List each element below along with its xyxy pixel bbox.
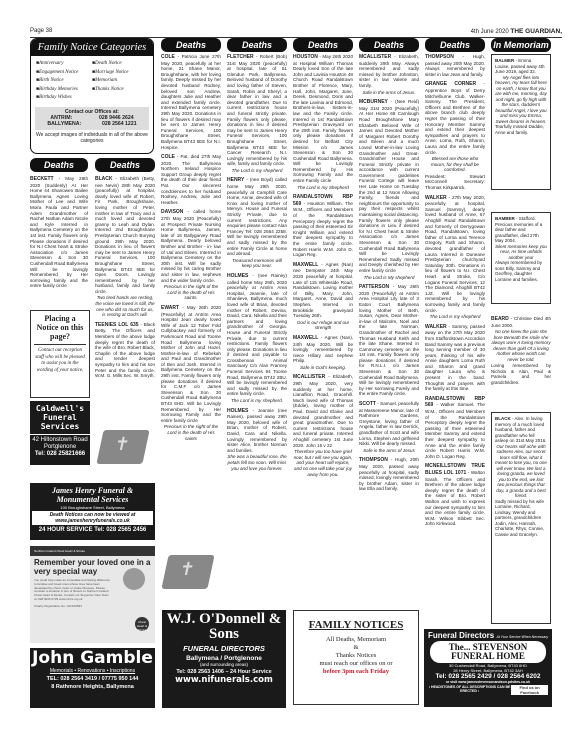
accept-images-note: We accept images of individuals in all o…	[31, 132, 153, 144]
stev-name-2: FUNERAL HOME	[432, 652, 544, 661]
jh-tel: 24 HOUR SERVICE Tel: 028 2565 2456	[30, 527, 155, 533]
death-notice: RANDALSTOWN RBP 569 - Walker Samuel. The…	[425, 396, 485, 460]
category-item: Birthday Wishes	[36, 94, 92, 103]
caldwell-tel: Tel: 028 25821666	[30, 451, 90, 457]
death-notice: MAXWELL - Agnes (Nan), 24th May 2020. Wi…	[293, 335, 353, 371]
notice-name: HOUSTON	[293, 54, 318, 60]
category-item: Engagement Notice	[36, 69, 92, 78]
category-item: Birth Notice	[36, 77, 92, 86]
gamble-address: 8 Rathmore Heights, Ballymena	[30, 683, 155, 691]
notice-name: WALKER	[425, 195, 447, 201]
column-deaths-5: HOUSTON - May 26th 2020 at Hospital Will…	[293, 54, 353, 606]
deaths-banner: Deaths	[359, 38, 419, 52]
jh-address: 100 Broughshane Street, Ballymena	[30, 505, 155, 510]
notice-name: BLACK	[495, 416, 511, 421]
notice-name: MCALLISTER	[293, 374, 325, 380]
notice-text: - Samuel, peacefully at Massereene Manor…	[359, 401, 419, 446]
deaths-banner: Deaths	[95, 158, 155, 172]
notice-name: BECKETT	[30, 176, 54, 182]
caldwell-address: 42 Hiltonstown Road Portglenone	[30, 434, 90, 451]
death-notice: BECKETT - May 28th 2020 (Suddenly) At He…	[30, 176, 88, 289]
gamble-services: Memorials • Renovations • Inscriptions	[30, 668, 155, 675]
category-item: Birthday Memories	[36, 86, 92, 95]
memoriam-notice: BEARD - Christine Died 4th June 2000. No…	[491, 316, 551, 408]
notice-name: COLE	[161, 54, 175, 60]
jh-name: James Henry Funeral & Monumental Service…	[30, 483, 155, 504]
death-notice: RANDALSTOWN RBP 569 - Houston William. T…	[293, 194, 353, 258]
death-notice: DAVISON - called home 27th May 2020 (Pea…	[161, 209, 221, 301]
contact-offices: Contact our Offices at: ANTRIM:028 9446 …	[35, 107, 149, 130]
notice-verse: My Angel flies into heaven, my tears fal…	[495, 75, 547, 125]
notice-text: - May 28th 2020 (Suddenly) At Her Home 4…	[30, 176, 88, 288]
notice-verse: Silent memories keep you near, As time u…	[495, 244, 547, 261]
placing-title: Placing a Notice on this page?	[34, 314, 86, 345]
notice-name: EWART	[161, 305, 179, 311]
notice-verse: Safe in the arms of Jesus	[359, 448, 419, 454]
stev-header: Funeral Directors At Your Service When N…	[424, 631, 552, 640]
family-notices-box: FAMILY NOTICES All Deaths, Memoriam & Th…	[293, 610, 419, 705]
notice-verse: No one knew the pain she bore Beneath th…	[491, 329, 551, 362]
deaths-banner: Deaths	[293, 38, 353, 52]
notice-name: COLE	[161, 154, 175, 160]
family-notices-body: All Deaths, Memoriam & Thanks Notices mu…	[294, 636, 418, 676]
office-name: BALLYMENA:	[47, 121, 81, 128]
notice-verse: Safe in God's keeping.	[293, 365, 353, 371]
odonnell-name: W.J. O'Donnell & Sons	[162, 610, 286, 642]
stev-footer: • HEADSTONES OF ALL DESCRIPTIONS CAN BE …	[424, 685, 552, 695]
notice-verse: Precious in the sight of the Lord is the…	[161, 424, 221, 441]
notice-verse: Treasured memories will keep you near.	[227, 258, 287, 269]
death-notice: MCBURNEY - (Nee Reid) May 31st 2020 (Pea…	[359, 99, 419, 280]
notice-text: - May 26th 2020 at Hospital William Thom…	[293, 54, 353, 183]
notice-name: MAXWELL	[293, 262, 318, 268]
notice-verse: The Lord is my shepherd	[425, 314, 485, 320]
notice-verse: Our hearts still ache with sadness Alex,…	[495, 444, 547, 499]
death-notice: SCOTT - Samuel, peacefully at Massereene…	[359, 401, 419, 453]
category-item: Thanks Notice	[92, 86, 148, 95]
notice-name: HENRY	[227, 177, 244, 183]
death-notice: HOUSTON - May 26th 2020 at Hospital Will…	[293, 54, 353, 190]
death-notice: WALKER - 27th May 2020, peacefully at ho…	[425, 195, 485, 320]
notice-text: - Walton Sarah. The Officers and Brethre…	[425, 470, 485, 526]
notice-name: BALMER	[495, 58, 514, 63]
notice-text: - Patricia June 27th May 2020, peacefull…	[161, 54, 221, 150]
notice-name: THOMPSON	[359, 457, 388, 463]
death-notice: COLE - Pat, died 27th May 2020. The Ball…	[161, 154, 221, 205]
notice-name: WALKER	[425, 324, 447, 330]
date-text: 4th June 2020	[471, 29, 509, 35]
issue-date: 4th June 2020 THE GUARDIAN,	[471, 28, 562, 35]
notice-text: - Agnes (Nan) nee Dempster 24th May 2020…	[293, 262, 353, 318]
notice-name: GRANGE CORNER	[425, 81, 476, 87]
notice-name: MCALLISTER	[359, 54, 391, 60]
stevenson-ad: Funeral Directors At Your Service When N…	[424, 629, 552, 707]
nichs-charity: Charity Registration No. NIC103593	[30, 605, 115, 609]
notice-name: HOLMES	[227, 408, 248, 414]
notice-text: - (Nee Reid) May 31st 2020 (Peacefully) …	[359, 99, 419, 273]
column-deaths-3: COLE - Patricia June 27th May 2020, peac…	[161, 54, 221, 454]
notice-signoff: Tearfully missed Daddie, Anne and family…	[495, 124, 544, 135]
memoriam-notice: BALMER - Emma Louise, passed away 4th Ju…	[491, 54, 551, 190]
death-notice: EWART - May 26th 2020 (Peacefully) at An…	[161, 305, 221, 441]
death-notice: THOMPSON - Hugh, passed away 20th May 20…	[425, 54, 485, 77]
death-notice: FLETCHER - Robert (Bob) 31st May 2020 (p…	[227, 54, 287, 173]
death-notice: MCALLISTER - Elizabeth, 29th May 2020, v…	[293, 374, 353, 477]
stev-name: The... STEVENSONFUNERAL HOME	[430, 641, 546, 663]
notice-signoff: Sadly missed by his wife Lorraine, Richa…	[495, 499, 544, 537]
nichs-body: You could help make an immediate and las…	[30, 579, 115, 602]
jh-website[interactable]: Death Notices can now be viewed at www.j…	[32, 511, 153, 525]
notice-verse: Precious in the sight of the Lord is the…	[161, 284, 221, 301]
notice-name: TEENIES LOL 635	[95, 322, 139, 328]
notice-text: - Walker Samuel. The W.M., Officers and …	[425, 402, 485, 458]
in-memoriam-banner: In Memoriam	[491, 38, 551, 52]
page-header: Page 38 4th June 2020 THE GUARDIAN,	[30, 28, 562, 38]
notice-text: - Apprentice Boys of Derry Mitchelburne …	[425, 81, 485, 154]
stev-header-text: Funeral Directors	[428, 631, 494, 640]
james-henry-ad: James Henry Funeral & Monumental Service…	[30, 483, 155, 540]
odonnell-website[interactable]: www.nifunerals.com	[162, 675, 286, 685]
death-notice: MAXWELL - Agnes (Nan) nee Dempster 24th …	[293, 262, 353, 331]
deaths-banner: Deaths	[425, 38, 485, 52]
notice-name: MCBURNEY	[359, 99, 388, 105]
notice-signoff: Always remembered by sons Billy, Sammy a…	[495, 260, 542, 282]
notice-name: FLETCHER	[227, 54, 254, 60]
notice-signatories: President: Stewart McConnell Secretary: …	[425, 174, 485, 190]
stev-headstones: • HEADSTONES OF ALL DESCRIPTIONS CAN BE …	[428, 685, 511, 695]
odonnell-area: (and surrounding areas)	[162, 662, 286, 667]
deaths-banner: Deaths	[30, 158, 88, 172]
notice-name: BEARD	[491, 316, 509, 322]
notice-verse: The Lord is my shepherd	[227, 168, 287, 174]
death-notice: PATTERSON - May 26th 2020 (Peacefully) a…	[359, 284, 419, 397]
notice-text: - Elizabeth (Betty, nee Nevin) 28th May …	[95, 176, 155, 294]
categories-list: Anniversary Death Notice Engagement Noti…	[31, 56, 153, 105]
notice-name: THOMPSON	[425, 54, 454, 60]
notice-verse: The Lord is my shepherd.	[227, 398, 287, 404]
notice-text: - Black Betty. The Officers and Members …	[95, 322, 155, 378]
categories-title: Family Notice Categories	[31, 39, 153, 56]
bible-icon	[161, 555, 214, 589]
office-phone: 028 2564 1221	[102, 121, 137, 128]
notice-name: BLACK	[95, 176, 113, 182]
category-item: Marriage Notice	[92, 69, 148, 78]
stev-tel: Tel: 028 2565 2429 / 028 2564 6202	[424, 673, 552, 680]
stev-tagline: At Your Service When Necessary	[496, 635, 548, 639]
notice-verse: Therefore you too have grief now; but I …	[293, 449, 353, 477]
notice-text: - (nee Rainey) called home May 29th, 202…	[227, 273, 287, 396]
heart-image-icon	[123, 568, 145, 590]
notice-text: - 27th May 2020, peacefully at hospital,…	[425, 195, 485, 313]
notice-name: PATTERSON	[359, 284, 389, 290]
fn-line: &	[294, 644, 418, 652]
notice-text: - Jeannie (nee Raines), passed away 29th…	[227, 408, 287, 453]
column-deaths-1: BECKETT - May 28th 2020 (Suddenly) At He…	[30, 176, 88, 306]
notice-verse: She was a beautiful rose, the petals fel…	[227, 454, 287, 471]
notice-verse: Two tired hands are resting, the voice w…	[95, 295, 155, 317]
odonnell-locations: Ballymena / Portglenone	[162, 655, 286, 662]
category-item: Death Notice	[92, 60, 148, 69]
deaths-banner: Deaths	[161, 38, 221, 52]
placing-text: Contact our reception staff who will be …	[34, 348, 86, 374]
notice-signoff: Loving remembered by Nichola & Alan, Pau…	[491, 363, 551, 385]
fn-line: must reach our offices on or	[294, 660, 418, 668]
death-notice: WALKER - Sammy, passed away on the 27th …	[425, 324, 485, 392]
nichs-top: Northern Ireland Chest Heart & Stroke	[30, 546, 155, 556]
death-notice: HENRY - (nee Boyd) called home May 29th …	[227, 177, 287, 269]
death-notice: HOLMES - Jeannie (nee Raines), passed aw…	[227, 408, 287, 472]
paper-name: THE GUARDIAN,	[510, 28, 562, 35]
notice-name: BAMBER	[495, 216, 515, 221]
fn-deadline: before 3pm each Friday	[294, 668, 418, 676]
gamble-name: John Gamble	[30, 648, 155, 668]
family-notices-title: FAMILY NOTICES	[294, 619, 418, 631]
nichs-logo: Chest Heart & Stroke	[135, 617, 149, 631]
notice-name: DAVISON	[161, 209, 183, 215]
caldwell-ad: Caldwell's Funeral Services 42 Hiltonsto…	[30, 401, 90, 465]
death-notice: MCNEILLSTOWN TRUE BLUES LOL 1071 - Walto…	[425, 463, 485, 527]
nichs-ad: Northern Ireland Chest Heart & Stroke Re…	[30, 546, 155, 643]
office-row: BALLYMENA:028 2564 1221	[37, 121, 147, 128]
death-notice: GRANGE CORNER - Apprentice Boys of Derry…	[425, 81, 485, 190]
notice-verse: God is our refuge and our strength	[293, 320, 353, 331]
notice-text: - May 26th 2020 (Peacefully) at Antrim A…	[359, 284, 419, 396]
notice-verse: The Lord is My shepherd	[359, 275, 419, 281]
notice-text: - May 26th 2020 (Peacefully) at Antrim A…	[161, 305, 221, 423]
column-deaths-2: BLACK - Elizabeth (Betty, nee Nevin) 28t…	[95, 176, 155, 416]
notice-text: - (nee Boyd) called home May 29th 2020, …	[227, 177, 287, 256]
column-deaths-4: FLETCHER - Robert (Bob) 31st May 2020 (p…	[227, 54, 287, 606]
notice-name: HOLMES	[227, 273, 248, 279]
john-gamble-ad: John Gamble Memorials • Renovations • In…	[30, 648, 155, 708]
notice-text: - Sammy, passed away on the 27th May 202…	[425, 324, 485, 392]
placing-notice-box: Placing a Notice on this page? Contact o…	[30, 310, 90, 398]
column-deaths-7: THOMPSON - Hugh, passed away 20th May 20…	[425, 54, 485, 624]
notice-text: - Elizabeth, 29th May 2020, very suddenl…	[293, 374, 353, 447]
stev-website[interactable]: or visit www.jamesstevensonandson.pdsite…	[424, 680, 552, 684]
column-deaths-6: MCALLISTER - Elizabeth, suddenly 29th Ma…	[359, 54, 419, 606]
notice-text: - Pat, died 27th May 2020. The Ballymena…	[161, 154, 221, 205]
family-notice-categories: Family Notice Categories Anniversary Dea…	[30, 38, 154, 154]
memoriam-notice: BAMBER - Stafford. Precious memories of …	[491, 212, 551, 304]
death-notice: BLACK - Elizabeth (Betty, nee Nevin) 28t…	[95, 176, 155, 318]
notice-verse: Blessed are those who mourn, for they sh…	[425, 156, 485, 173]
category-item: Memoriam	[92, 77, 148, 86]
notice-name: SCOTT	[359, 401, 376, 407]
page-number: Page 38	[30, 28, 52, 34]
deaths-banner: Deaths	[227, 38, 287, 52]
notice-verse: The Lord is my Shepherd	[293, 185, 353, 191]
category-item: Anniversary	[36, 60, 92, 69]
notice-text: - called home 27th May 2020 (Peacefully)…	[161, 209, 221, 282]
notice-verse: Safe in the arms of Jesus.	[359, 90, 419, 96]
notice-name: MAXWELL	[293, 335, 318, 341]
facebook-icon[interactable]: Find us on Facebook	[511, 685, 548, 695]
death-notice: TEENIES LOL 635 - Black Betty. The Offic…	[95, 322, 155, 379]
death-notice: COLE - Patricia June 27th May 2020, peac…	[161, 54, 221, 150]
notice-text: - Robert (Bob) 31st May 2020 (peacefully…	[227, 54, 287, 166]
death-notice: THOMPSON - Hugh, 20th May 2020, passed a…	[359, 457, 419, 492]
caldwell-name: Caldwell's Funeral Services	[30, 404, 90, 431]
memoriam-notice: BLACK - Alex. In loving memory of a much…	[491, 412, 551, 624]
odonnell-sub: FUNERAL DIRECTORS	[162, 644, 286, 653]
notice-text: - Houston William. The W.M., Officers an…	[293, 201, 353, 257]
fn-line: All Deaths, Memoriam	[294, 636, 418, 644]
odonnell-ad: W.J. O'Donnell & Sons FUNERAL DIRECTORS …	[162, 610, 286, 708]
death-notice: HOLMES - (nee Rainey) called home May 29…	[227, 273, 287, 404]
gamble-tel: TEL: 028 2564 3419 / 07775 950 144	[30, 675, 155, 683]
fn-line: Thanks Notices	[294, 652, 418, 660]
death-notice: MCALLISTER - Elizabeth, suddenly 29th Ma…	[359, 54, 419, 95]
bible-icon	[96, 430, 149, 464]
